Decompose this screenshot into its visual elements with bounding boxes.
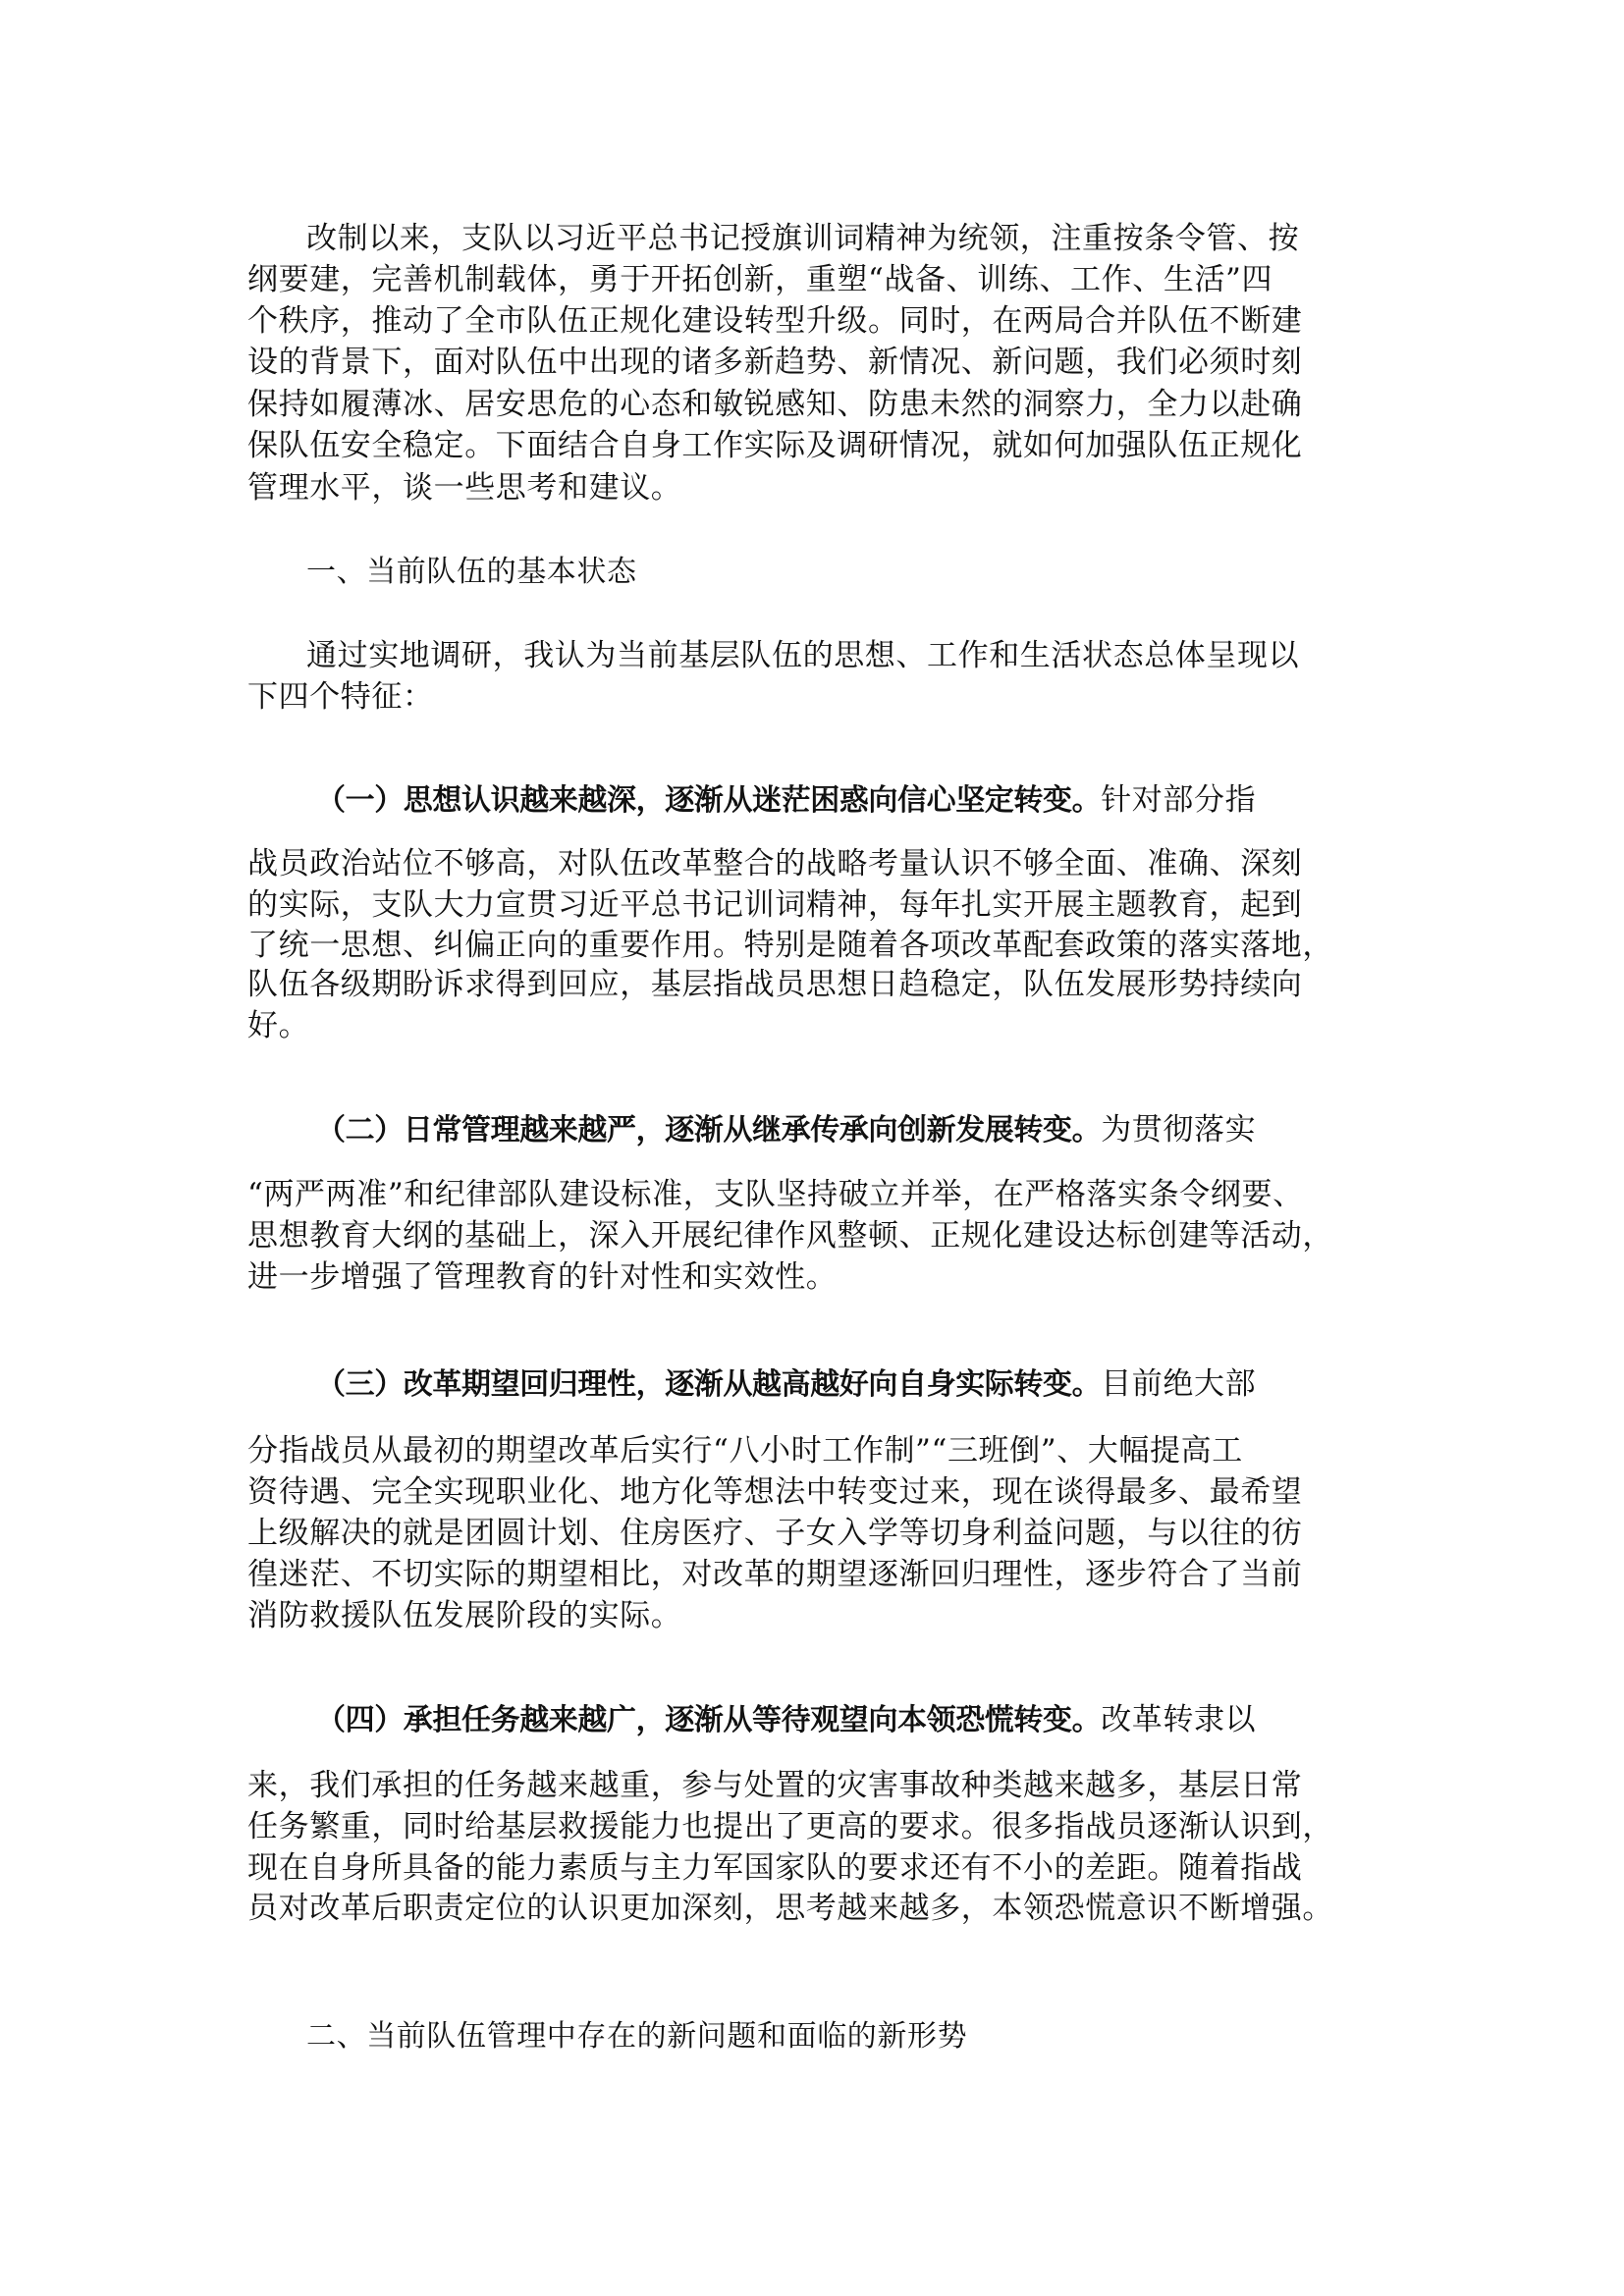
subsection-title-rest: 目前绝大部 (1101, 1366, 1256, 1402)
paragraph-line: 分指战员从最初的期望改革后实行“八小时工作制”“三班倒”、大幅提高工 (247, 1430, 1367, 1471)
subsection-title-rest: 针对部分指 (1101, 782, 1256, 818)
paragraph-line: 管理水平，谈一些思考和建议。 (247, 467, 1367, 508)
section-heading: 二、当前队伍管理中存在的新问题和面临的新形势 (306, 2016, 1426, 2057)
paragraph-line: 上级解决的就是团圆计划、住房医疗、子女入学等切身利益问题，与以往的彷 (247, 1513, 1367, 1554)
paragraph-line: 来，我们承担的任务越来越重，参与处置的灾害事故种类越来越多，基层日常 (247, 1765, 1367, 1806)
paragraph-line: 资待遇、完全实现职业化、地方化等想法中转变过来，现在谈得最多、最希望 (247, 1471, 1367, 1513)
subsection-title: （二）日常管理越来越严，逐渐从继承传承向创新发展转变。 (316, 1113, 1101, 1148)
paragraph-line: 消防救援队伍发展阶段的实际。 (247, 1595, 1367, 1636)
document-page: 改制以来，支队以习近平总书记授旗训词精神为统领，注重按条令管、按 纲要建，完善机… (0, 0, 1624, 2296)
paragraph-line: 通过实地调研，我认为当前基层队伍的思想、工作和生活状态总体呈现以 (306, 635, 1426, 676)
paragraph-line: 队伍各级期盼诉求得到回应，基层指战员思想日趋稳定，队伍发展形势持续向 (247, 964, 1367, 1005)
paragraph-line: 下四个特征： (247, 676, 1367, 718)
paragraph-line: 现在自身所具备的能力素质与主力军国家队的要求还有不小的差距。随着指战 (247, 1847, 1367, 1889)
paragraph-line: 任务繁重，同时给基层救援能力也提出了更高的要求。很多指战员逐渐认识到， (247, 1806, 1367, 1847)
subsection-title: （四）承担任务越来越广，逐渐从等待观望向本领恐慌转变。 (316, 1703, 1101, 1737)
paragraph-line: 员对改革后职责定位的认识更加深刻，思考越来越多，本领恐慌意识不断增强。 (247, 1888, 1367, 1929)
subsection-title-line: （四）承担任务越来越广，逐渐从等待观望向本领恐慌转变。改革转隶以 (316, 1699, 1435, 1740)
paragraph-line: 保持如履薄冰、居安思危的心态和敏锐感知、防患未然的洞察力，全力以赴确 (247, 384, 1367, 425)
paragraph-line: 徨迷茫、不切实际的期望相比，对改革的期望逐渐回归理性，逐步符合了当前 (247, 1554, 1367, 1595)
subsection-title: （一）思想认识越来越深，逐渐从迷茫困惑向信心坚定转变。 (316, 783, 1101, 818)
subsection-title-rest: 为贯彻落实 (1101, 1112, 1256, 1148)
subsection-title: （三）改革期望回归理性，逐渐从越高越好向自身实际转变。 (316, 1367, 1101, 1402)
paragraph-line: 保队伍安全稳定。下面结合自身工作实际及调研情况，就如何加强队伍正规化 (247, 425, 1367, 466)
paragraph-line: 改制以来，支队以习近平总书记授旗训词精神为统领，注重按条令管、按 (306, 218, 1426, 259)
paragraph-line: 设的背景下，面对队伍中出现的诸多新趋势、新情况、新问题，我们必须时刻 (247, 342, 1367, 383)
paragraph-line: 思想教育大纲的基础上，深入开展纪律作风整顿、正规化建设达标创建等活动， (247, 1215, 1367, 1256)
paragraph-line: 纲要建，完善机制载体，勇于开拓创新，重塑“战备、训练、工作、生活”四 (247, 259, 1367, 300)
paragraph-line: 个秩序，推动了全市队伍正规化建设转型升级。同时，在两局合并队伍不断建 (247, 300, 1367, 342)
subsection-title-line: （一）思想认识越来越深，逐渐从迷茫困惑向信心坚定转变。针对部分指 (316, 779, 1435, 821)
paragraph-line: 战员政治站位不够高，对队伍改革整合的战略考量认识不够全面、准确、深刻 (247, 843, 1367, 884)
paragraph-line: 好。 (247, 1005, 1367, 1046)
paragraph-line: 进一步增强了管理教育的针对性和实效性。 (247, 1256, 1367, 1298)
subsection-title-rest: 改革转隶以 (1101, 1702, 1256, 1737)
subsection-title-line: （二）日常管理越来越严，逐渐从继承传承向创新发展转变。为贯彻落实 (316, 1109, 1435, 1150)
paragraph-line: 的实际，支队大力宣贯习近平总书记训词精神，每年扎实开展主题教育，起到 (247, 884, 1367, 926)
paragraph-line: “两严两准”和纪律部队建设标准，支队坚持破立并举，在严格落实条令纲要、 (247, 1174, 1367, 1215)
section-heading: 一、当前队伍的基本状态 (306, 552, 1426, 593)
paragraph-line: 了统一思想、纠偏正向的重要作用。特别是随着各项改革配套政策的落实落地， (247, 925, 1367, 966)
subsection-title-line: （三）改革期望回归理性，逐渐从越高越好向自身实际转变。目前绝大部 (316, 1363, 1435, 1405)
